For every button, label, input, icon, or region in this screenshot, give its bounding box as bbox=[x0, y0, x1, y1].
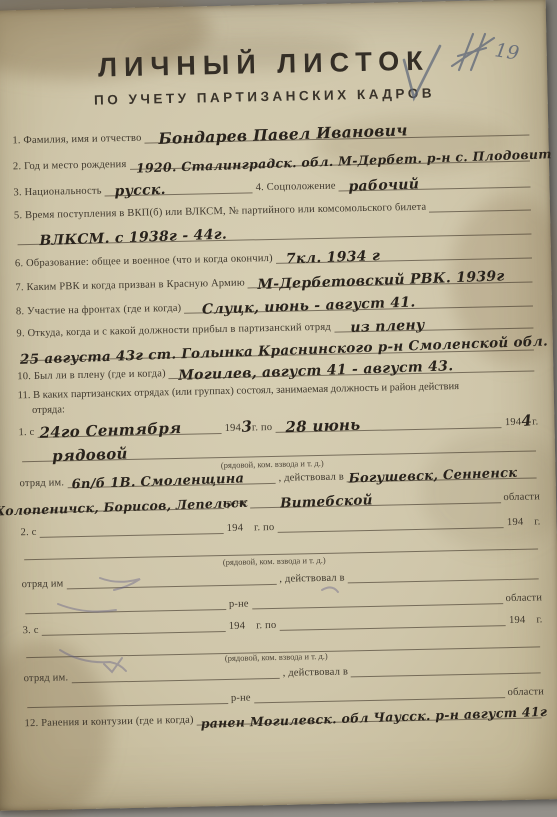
detachment3-year-prefix2: 194 bbox=[509, 615, 526, 626]
field-surname-value: Бондарев Павел Иванович bbox=[158, 120, 408, 148]
detachment2-unit-label: отряд им bbox=[22, 578, 64, 590]
detachment1-year-end: г. bbox=[532, 416, 538, 427]
field-education-value: 7кл. 1934 г bbox=[285, 248, 380, 267]
field-social-line: рабочий bbox=[338, 173, 530, 192]
detachment2-year-end: г. bbox=[534, 516, 540, 527]
detachment2-to-year bbox=[524, 529, 535, 530]
detachment3-district-label: р-не bbox=[231, 692, 251, 703]
detachment1-num: 1. с bbox=[18, 427, 34, 438]
field-party: 5. Время поступления в ВКП(б) или ВЛКСМ,… bbox=[14, 194, 534, 221]
detachment1-acted: Богушевск, Сенненск bbox=[349, 466, 518, 487]
page-subtitle: ПО УЧЕТУ ПАРТИЗАНСКИХ КАДРОВ bbox=[0, 83, 548, 110]
field-wounds-value: ранен Могилевск. обл Чаусск. р-н август … bbox=[200, 704, 547, 731]
field-party-value-row: ВЛКСМ. с 1938г - 44г. bbox=[14, 218, 534, 245]
field-party-value: ВЛКСМ. с 1938г - 44г. bbox=[39, 227, 227, 250]
field-social-value: рабочий bbox=[348, 176, 419, 194]
detachment3-unit-line bbox=[71, 664, 280, 683]
detachment1-unit-label: отряд им. bbox=[19, 477, 64, 489]
detachment2-acted-line bbox=[348, 564, 539, 583]
detachment1-to-label: г. по bbox=[252, 422, 272, 433]
detachment2-oblast-label: области bbox=[505, 592, 542, 604]
field-party-line bbox=[429, 196, 531, 213]
detachment1-from-line: 24го Сентября bbox=[37, 419, 221, 438]
detachment1-oblast: Витебской bbox=[279, 492, 372, 511]
detachment3-acted-label: , действовал в bbox=[283, 666, 349, 678]
detachment3-oblast-label: области bbox=[507, 686, 544, 698]
field-surname-label: 1. Фамилия, имя и отчество bbox=[12, 133, 141, 147]
field-education-label: 6. Образование: общее и военное (что и к… bbox=[15, 253, 273, 269]
detachment2-oblast-line bbox=[252, 589, 503, 609]
field-party-label: 5. Время поступления в ВКП(б) или ВЛКСМ,… bbox=[14, 202, 427, 222]
detachment2-district-line bbox=[25, 595, 226, 614]
detachment3-acted-line bbox=[351, 658, 541, 677]
field-arrival-value: из плену bbox=[350, 317, 425, 336]
field-fronts-label: 8. Участие на фронтах (где и когда) bbox=[16, 303, 182, 317]
detachment1-year-prefix: 194 bbox=[225, 423, 242, 434]
detachment2-year-prefix2: 194 bbox=[507, 517, 524, 528]
detachment2-from-line bbox=[39, 519, 223, 538]
detachment3-to-label: г. по bbox=[256, 620, 276, 631]
detachment1-from: 24го Сентября bbox=[39, 419, 181, 442]
detachment2-to-line bbox=[277, 513, 504, 533]
field-rvk-label: 7. Каким РВК и когда призван в Красную А… bbox=[15, 278, 245, 294]
detachment1-unit: 6п/б 1В. Смоленщина bbox=[71, 471, 244, 492]
field-birth-value: 1920. Сталинградск. обл. М-Дербет. р-н с… bbox=[135, 146, 551, 176]
detachment1-district: Холопеничск, Борисов, Лепельск bbox=[0, 495, 248, 519]
detachment3-district-line bbox=[27, 689, 228, 708]
field-nationality-line: русск. bbox=[104, 178, 252, 196]
detachment1-oblast-label: области bbox=[503, 491, 540, 503]
field-nationality-value: русск. bbox=[114, 182, 166, 200]
detachment1-to: 28 июнь bbox=[285, 416, 361, 437]
field-birth-label: 2. Год и место рождения bbox=[13, 159, 127, 172]
detachment1-year-prefix2: 194 bbox=[505, 417, 522, 428]
detachment3-to-year bbox=[526, 627, 537, 628]
page-title: ЛИЧНЫЙ ЛИСТОК bbox=[0, 43, 547, 86]
detachment3-oblast-line bbox=[254, 683, 505, 703]
field-captivity-label: 10. Был ли в плену (где и когда) bbox=[17, 368, 166, 382]
field-social-label: 4. Соцположение bbox=[256, 181, 336, 194]
field-nationality-social: 3. Национальность русск. 4. Соцположение… bbox=[13, 171, 533, 198]
detachment1-from-year: 3 bbox=[240, 417, 252, 436]
field-birth-line: 1920. Сталинградск. обл. М-Дербет. р-н с… bbox=[129, 147, 530, 170]
detachment1-to-line: 28 июнь bbox=[275, 413, 502, 433]
field-nationality-label: 3. Национальность bbox=[13, 186, 101, 199]
detachment3-unit-label: отряд им. bbox=[24, 672, 69, 684]
field-fronts-value: Слуцк, июнь - август 41. bbox=[202, 294, 416, 317]
field-party-value-line: ВЛКСМ. с 1938г - 44г. bbox=[17, 220, 531, 246]
paper-sheet: ЛИЧНЫЙ ЛИСТОК ПО УЧЕТУ ПАРТИЗАНСКИХ КАДР… bbox=[0, 0, 557, 811]
detachment2-unit-line bbox=[66, 570, 276, 589]
field-wounds-line: ранен Могилевск. обл Чаусск. р-н август … bbox=[196, 703, 541, 725]
detachment3-year-prefix: 194 bbox=[229, 621, 246, 632]
scanned-document-page: ЛИЧНЫЙ ЛИСТОК ПО УЧЕТУ ПАРТИЗАНСКИХ КАДР… bbox=[0, 0, 557, 817]
detachment2-year-prefix: 194 bbox=[227, 523, 244, 534]
field-rvk-line: М-Дербетовский РВК. 1939г bbox=[248, 268, 533, 289]
field-wounds-label: 12. Ранения и контузии (где и когда) bbox=[25, 715, 194, 730]
field-surname: 1. Фамилия, имя и отчество Бондарев Паве… bbox=[12, 119, 532, 146]
detachment1-district-line: Холопеничск, Борисов, Лепельск bbox=[23, 494, 224, 513]
field-fronts-line: Слуцк, июнь - август 41. bbox=[184, 291, 533, 313]
detachment1-to-year: 4 bbox=[521, 411, 533, 430]
field-arrival-line: из плену bbox=[334, 313, 534, 332]
field-surname-line: Бондарев Павел Иванович bbox=[144, 121, 529, 144]
detachment1-acted-label: , действовал в bbox=[278, 471, 344, 483]
field-rvk: 7. Каким РВК и когда призван в Красную А… bbox=[15, 266, 535, 293]
detachment2-district-label: р-не bbox=[229, 599, 249, 610]
detachment3-from-year bbox=[245, 633, 256, 634]
detachment3-from-line bbox=[41, 617, 225, 636]
field-birth: 2. Год и место рождения 1920. Сталинград… bbox=[13, 145, 533, 172]
field-rvk-value: М-Дербетовский РВК. 1939г bbox=[258, 268, 506, 293]
detachment2-to-label: г. по bbox=[254, 522, 274, 533]
field-arrival-label: 9. Откуда, когда и с какой должности при… bbox=[16, 322, 331, 340]
detachment2-num: 2. с bbox=[21, 527, 37, 538]
detachment1-acted-line: Богушевск, Сенненск bbox=[347, 463, 537, 482]
detachment1-oblast-line: Витебской bbox=[249, 488, 500, 508]
detachment2-from-year bbox=[243, 535, 254, 536]
detachment3-to-line bbox=[279, 611, 506, 631]
detachment3-num: 3. с bbox=[23, 625, 39, 636]
field-education-line: 7кл. 1934 г bbox=[276, 244, 532, 264]
detachment1-unit-line: 6п/б 1В. Смоленщина bbox=[67, 469, 276, 488]
detachment2-acted-label: , действовал в bbox=[279, 572, 345, 584]
detachment3-year-end: г. bbox=[536, 614, 542, 625]
